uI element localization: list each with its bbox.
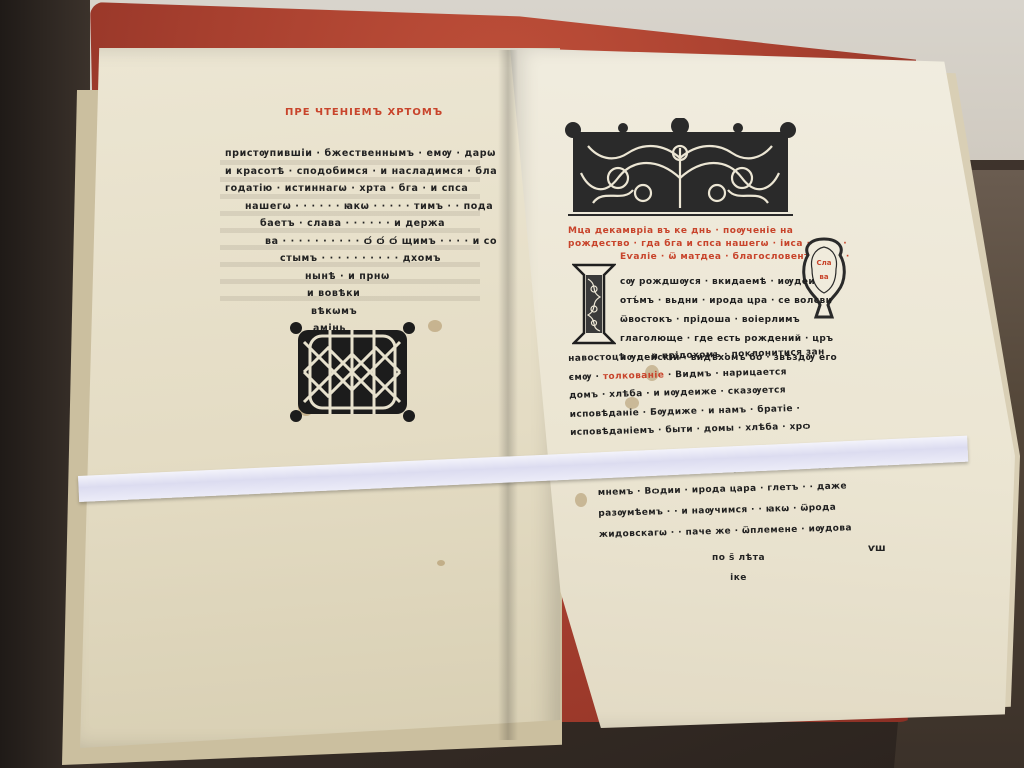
- paper-stain: [575, 493, 587, 507]
- text-line: и красотѣ · сподобимся · и насладимся · …: [225, 163, 475, 181]
- rubric-word: толкованіе: [603, 370, 665, 382]
- text-line: ѿвостокъ · прідоша · вoіерлимъ: [620, 311, 810, 330]
- text-line: и вовѣки: [225, 285, 475, 303]
- left-page-text: пристѹпившіи · бжественнымъ · емѹ · дарѡ…: [225, 145, 475, 338]
- text-line: пристѹпившіи · бжественнымъ · емѹ · дарѡ: [225, 145, 475, 163]
- interlace-knot-ornament: [290, 322, 415, 422]
- text-line: баетъ · слава · · · · · · и держа: [225, 215, 475, 233]
- text-line: нынѣ · и прнѡ: [225, 268, 475, 286]
- rubric-heading: Мца декамвріа въ ке днь · поѹченіе на ро…: [568, 225, 803, 264]
- text-line: сѹ рождшѹся · вкидаемѣ · иѹдеи: [620, 273, 810, 292]
- svg-text:ва: ва: [819, 273, 828, 281]
- photo-scene: ПРЕ ЧТЕНІЕМЪ ХРТОМЪ пристѹпившіи · бжест…: [0, 0, 1024, 768]
- text-line: вѣкѡмъ: [225, 303, 475, 321]
- decorated-initial-letter: [572, 263, 616, 345]
- rubric-line: Мца декамвріа въ ке днь · поѹченіе на: [568, 225, 803, 238]
- floral-headpiece-ornament: [563, 118, 798, 218]
- colophon-line: іке: [712, 568, 765, 588]
- text-line: нашегѡ · · · · · · ꙗкѡ · · · · · тимъ · …: [225, 198, 475, 216]
- colophon: по ѕ̃ лѣта іке: [712, 548, 765, 588]
- text-line: годатію · истиннагѡ · хрта · бга · и спс…: [225, 180, 475, 198]
- text-fragment: ємѹ ·: [569, 372, 603, 383]
- running-head: ПРЕ ЧТЕНІЕМЪ ХРТОМЪ: [285, 107, 443, 118]
- signature-mark: ѵш: [868, 543, 886, 554]
- text-line: отъ́мъ · вьдни · ирода цра · се волсви: [620, 292, 810, 311]
- text-line: стымъ · · · · · · · · · · дхомъ: [225, 250, 475, 268]
- text-fragment: · Видмъ · нарицается: [668, 367, 787, 380]
- text-line: ва · · · · · · · · · · ѻ́ ѻ́ ѻ́ щимъ · ·…: [225, 233, 475, 251]
- colophon-line: по ѕ̃ лѣта: [712, 548, 765, 568]
- paper-stain: [437, 560, 445, 566]
- right-page-text-block-2: навостоцѣ · · · и прідохомъ · поклонитис…: [568, 343, 840, 443]
- svg-text:Сла: Сла: [817, 259, 832, 267]
- rubric-line: рождество · гда бга и спса нашегѡ · іиса…: [568, 238, 803, 251]
- book-gutter: [498, 50, 518, 740]
